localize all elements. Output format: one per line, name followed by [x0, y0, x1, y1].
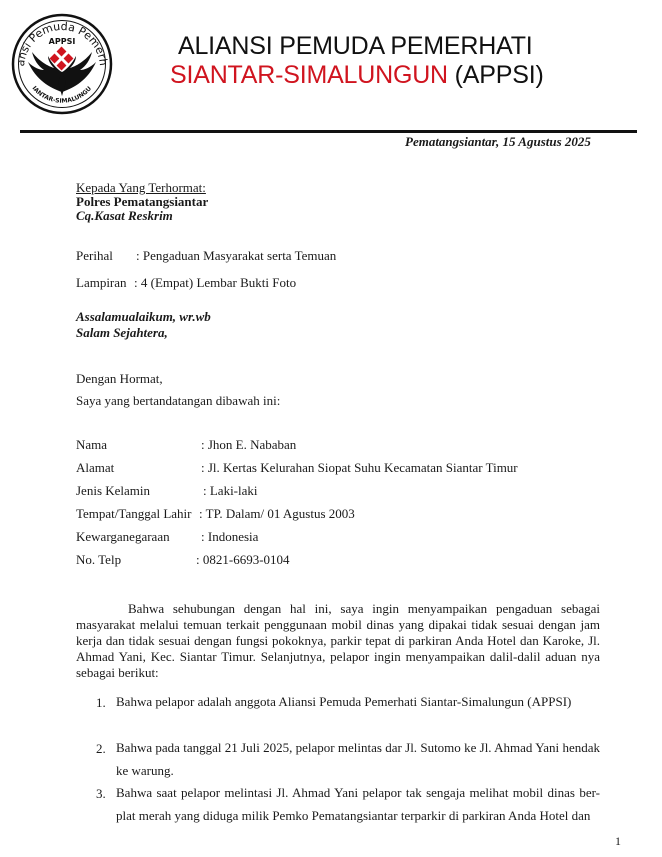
recipient-attention: Cq.Kasat Reskrim	[76, 208, 173, 224]
identity-label-phone: No. Telp	[76, 552, 121, 568]
salutation-line-2: Salam Sejahtera,	[76, 325, 168, 341]
identity-value-name: : Jhon E. Nababan	[201, 437, 296, 453]
letter-date: Pematangsiantar, 15 Agustus 2025	[405, 134, 591, 150]
perihal-value: : Pengaduan Masyarakat serta Temuan	[136, 248, 336, 264]
lampiran-value: : 4 (Empat) Lembar Bukti Foto	[134, 275, 296, 291]
identity-label-address: Alamat	[76, 460, 114, 476]
organization-region-name: SIANTAR-SIMALUNGUN	[170, 61, 448, 89]
point-number: 1.	[96, 695, 106, 711]
point-text: Bahwa pelapor adalah anggota Aliansi Pem…	[116, 690, 600, 713]
identity-value-birth: : TP. Dalam/ 01 Agustus 2003	[199, 506, 355, 522]
identity-label-name: Nama	[76, 437, 107, 453]
identity-label-gender: Jenis Kelamin	[76, 483, 150, 499]
organization-region: SIANTAR-SIMALUNGUN (APPSI)	[170, 61, 544, 90]
body-paragraph: Bahwa sehubungan dengan hal ini, saya in…	[76, 601, 600, 681]
identity-value-citizenship: : Indonesia	[201, 529, 258, 545]
identity-label-citizenship: Kewarganegaraan	[76, 529, 170, 545]
point-number: 3.	[96, 786, 106, 802]
point-text: Bahwa saat pelapor melintasi Jl. Ahmad Y…	[116, 781, 600, 827]
organization-acronym: (APPSI)	[448, 61, 544, 89]
letterhead-divider	[20, 130, 637, 133]
point-text: Bahwa pada tanggal 21 Juli 2025, pelapor…	[116, 736, 600, 782]
point-number: 2.	[96, 741, 106, 757]
svg-text:APPSI: APPSI	[49, 37, 76, 46]
salutation-line-1: Assalamualaikum, wr.wb	[76, 309, 211, 325]
identity-value-gender: : Laki-laki	[203, 483, 258, 499]
identity-value-address: : Jl. Kertas Kelurahan Siopat Suhu Kecam…	[201, 460, 518, 476]
appsi-logo-icon: Aliansi Pemuda Pemerhati SIANTAR-SIMALUN…	[10, 10, 114, 116]
perihal-label: Perihal	[76, 248, 113, 264]
opening-line-2: Saya yang bertandatangan dibawah ini:	[76, 393, 280, 409]
organization-name: ALIANSI PEMUDA PEMERHATI	[178, 32, 533, 61]
page-number: 1	[615, 834, 621, 849]
lampiran-label: Lampiran	[76, 275, 127, 291]
identity-label-birth: Tempat/Tanggal Lahir	[76, 506, 192, 522]
identity-value-phone: : 0821-6693-0104	[196, 552, 290, 568]
opening-line-1: Dengan Hormat,	[76, 371, 163, 387]
organization-logo: Aliansi Pemuda Pemerhati SIANTAR-SIMALUN…	[10, 10, 114, 116]
